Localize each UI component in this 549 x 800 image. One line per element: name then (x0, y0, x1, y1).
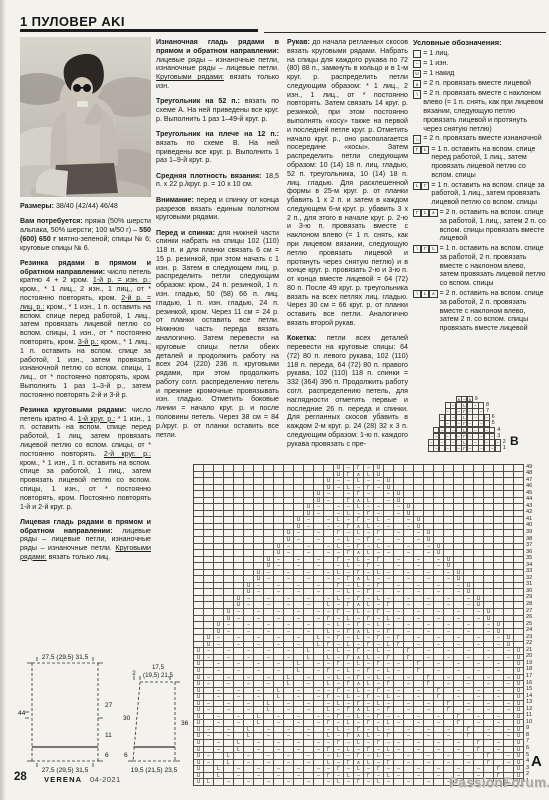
chart-a-cell: – (384, 779, 394, 786)
chart-a-cell (274, 779, 284, 786)
sleeve-right-height: 36 (181, 720, 189, 727)
chart-a-cell (394, 779, 404, 786)
text-block: Треугольник на плече на 12 п.: вязать по… (156, 130, 279, 165)
column-legend: Условные обозначения: = 1 лиц.–= 1 изн.U… (413, 38, 546, 394)
chart-a-cell: L (204, 779, 214, 786)
legend-item: ∩= 2 п. провязать вместе изнаночной (413, 134, 546, 143)
chart-a-cell: – (364, 779, 374, 786)
legend-item-text: = 1 лиц. (423, 49, 546, 58)
body-right-mid: 11 (105, 732, 112, 739)
stitch-symbol-icon: LГ (413, 182, 429, 190)
stitch-symbol-icon: ∧ (413, 80, 421, 88)
chart-a-row-number: 35 (526, 555, 532, 562)
stitch-symbol-icon: \L∧ (413, 290, 438, 298)
chart-a-cell: L (374, 779, 384, 786)
chart-b-row-number: 7 (486, 408, 489, 414)
chart-a-row-number: 37 (526, 542, 532, 549)
chart-a-row-number: 13 (526, 699, 532, 706)
chart-a-cell: L (334, 779, 344, 786)
stitch-symbol-icon: \ГL (413, 245, 438, 253)
chart-a-row-number: 44 (526, 496, 532, 503)
column-materials: Размеры: 38/40 (42/44) 46/48Вам потребуе… (20, 202, 151, 644)
legend-item-text: = 1 п. оставить на вспом. спице за работ… (431, 181, 546, 207)
text-block: Перед и спинка: для нижней части спинки … (156, 229, 279, 440)
chart-b-cell (495, 445, 501, 452)
magazine-name: VERENA (44, 775, 82, 784)
legend-item: ∧= 2 п. провязать вместе лицевой (413, 79, 546, 88)
model-photo (20, 37, 151, 197)
chart-a-cell: – (324, 779, 334, 786)
stitch-symbol-icon: ГL (413, 146, 429, 154)
sleeve-top-width-1: 17,5 (152, 664, 165, 671)
chart-a-row-number: 42 (526, 509, 532, 516)
title-rule-left (20, 29, 258, 32)
chart-a-row-number: 39 (526, 529, 532, 536)
legend-item: U= 1 накид (413, 69, 546, 78)
legend-item-text: = 2 п. оставить на вспом. спице за работ… (440, 208, 546, 243)
chart-a-row-number: 22 (526, 640, 532, 647)
text-block: Вам потребуется: пряжа (50% шерсти альпа… (20, 217, 151, 252)
legend-item-text: = 1 п. оставить на вспом. спице за работ… (440, 244, 546, 288)
chart-a-cell: – (304, 779, 314, 786)
legend-item-text: = 1 п. оставить на вспом. спице перед ра… (431, 145, 546, 180)
column-instructions-1: Изнаночная гладь рядами в прямом и обрат… (156, 38, 279, 460)
stitch-symbol-icon: \ (413, 90, 421, 98)
chart-a-row-number: 11 (526, 712, 532, 719)
chart-a-row-number: 17 (526, 673, 532, 680)
legend-item: = 1 лиц. (413, 49, 546, 58)
chart-a-cell: – (424, 779, 434, 786)
legend-item: –= 1 изн. (413, 59, 546, 68)
page-number: 28 (14, 771, 27, 783)
chart-b: ∧–∧–L–––Г––––L––––Г––––L–––––Г––––––L–––… (428, 396, 501, 452)
chart-b-row-number: 1 (503, 445, 506, 451)
chart-a-cell: – (404, 779, 414, 786)
sleeve-left-bottom: 6 (124, 752, 128, 759)
magazine-issue: 04-2021 (90, 775, 121, 784)
chart-a-row-number: 40 (526, 522, 532, 529)
body-right-top: 27 (105, 702, 113, 709)
chart-a-cell (434, 779, 444, 786)
watermark: PassionForum.ru (449, 775, 549, 790)
chart-b-label: B (510, 434, 519, 448)
chart-a-row-number: 48 (526, 470, 532, 477)
sleeve-bottom-width: 19,5 (21,5) 23,5 (131, 767, 178, 774)
chart-a-cell: – (224, 779, 234, 786)
sleeve-top-width-2: (19,5) 21,5 (143, 672, 173, 679)
chart-a-row-number: 31 (526, 581, 532, 588)
sleeve-top-left: 2 (132, 670, 136, 677)
column-instructions-2: Рукав: до начала регланных скосов вязать… (287, 38, 408, 460)
chart-a-cell (214, 779, 224, 786)
chart-b-row-number: 5 (492, 420, 495, 426)
magazine-page: 1 ПУЛОВЕР AKI (0, 0, 549, 800)
chart-a-cell (294, 779, 304, 786)
legend-item-text: = 1 изн. (423, 59, 546, 68)
text-block: Изнаночная гладь рядами в прямом и обрат… (156, 38, 279, 91)
legend-item: ГL∧= 2 п. оставить на вспом. спице за ра… (413, 208, 546, 243)
text-block: Средняя плотность вязания: 18,5 п. x 22 … (156, 172, 279, 190)
body-right-bottom: 6 (105, 752, 109, 759)
chart-a-row-number: 20 (526, 653, 532, 660)
chart-a-row-number: 28 (526, 601, 532, 608)
chart-a-cell: – (284, 779, 294, 786)
chart-a-cell (254, 779, 264, 786)
chart-a-label: A (531, 753, 542, 770)
legend-item-text: = 2 п. оставить на вспом. спице за работ… (440, 289, 546, 333)
chart-a-row-number: 15 (526, 686, 532, 693)
chart-b-row-number: 3 (497, 433, 500, 439)
legend-item-text: = 2 п. провязать вместе лицевой (423, 79, 546, 88)
stitch-symbol-icon: ∩ (413, 135, 421, 143)
chart-a-cell: – (264, 779, 274, 786)
legend-item: \ГL= 1 п. оставить на вспом. спице за ра… (413, 244, 546, 288)
legend-item: \L∧= 2 п. оставить на вспом. спице за ра… (413, 289, 546, 333)
stitch-symbol-icon: – (413, 60, 421, 68)
stitch-symbol-icon (413, 50, 421, 58)
legend-item: \= 2 п. провязать вместе с наклоном влев… (413, 89, 546, 133)
body-left-height: 44 (18, 710, 26, 717)
text-block: Резинка рядами в прямом и обратном напра… (20, 259, 151, 400)
legend-item: ГL= 1 п. оставить на вспом. спице перед … (413, 145, 546, 180)
legend-item-text: = 1 накид (423, 69, 546, 78)
chart-a-row-number: 33 (526, 568, 532, 575)
chart-b-row-number: 9 (475, 396, 478, 402)
title-rule-right (264, 32, 546, 33)
chart-a-cell: Г (354, 779, 364, 786)
text-block: Резинка круговыми рядами: число петель к… (20, 406, 151, 511)
body-top-width: 27,5 (29,5) 31,5 (42, 654, 89, 661)
legend-item-text: = 2 п. провязать вместе с наклоном влево… (423, 89, 546, 133)
body-bottom-width: 27,5 (29,5) 31,5 (42, 767, 89, 774)
legend-list: = 1 лиц.–= 1 изн.U= 1 накид∧= 2 п. провя… (413, 49, 546, 333)
sleeve-left-height: 30 (123, 715, 131, 722)
text-block: Рукав: до начала регланных скосов вязать… (287, 38, 408, 328)
stitch-symbol-icon: U (413, 70, 421, 78)
chart-a-cell: – (244, 779, 254, 786)
chart-a-cell (234, 779, 244, 786)
legend-item-text: = 2 п. провязать вместе изнаночной (423, 134, 546, 143)
text-block: Кокетка: петли всех деталей перевести на… (287, 334, 408, 448)
text-block: Лицевая гладь рядами в прямом и обратном… (20, 518, 151, 562)
legend-title: Условные обозначения: (413, 38, 546, 47)
text-block: Треугольник на 52 п.: вязать по схеме А.… (156, 97, 279, 123)
photo-illustration (20, 37, 151, 197)
schematic-diagrams: 27,5 (29,5) 31,5 44 27 11 6 27,5 (29,5) … (12, 645, 197, 785)
chart-a-row-number: 46 (526, 483, 532, 490)
chart-a-cell (414, 779, 424, 786)
chart-a-row-number: 26 (526, 614, 532, 621)
chart-a-cell: – (344, 779, 354, 786)
chart-a-row-numbers: 4948474645444342414039383736353433323130… (526, 464, 532, 785)
text-block: Размеры: 38/40 (42/44) 46/48 (20, 202, 151, 211)
chart-a-row-number: 24 (526, 627, 532, 634)
chart-a: U–Г–UUГ∧LUU––L––UU–L–Г–UU––Г––UU–Г∧L–UU–… (193, 464, 524, 786)
page-title: 1 ПУЛОВЕР AKI (20, 14, 125, 29)
stitch-symbol-icon: ГL∧ (413, 209, 438, 217)
text-block: Внимание: перед и спинку от конца разрез… (156, 196, 279, 222)
chart-a-cell (314, 779, 324, 786)
legend-item: LГ= 1 п. оставить на вспом. спице за раб… (413, 181, 546, 207)
